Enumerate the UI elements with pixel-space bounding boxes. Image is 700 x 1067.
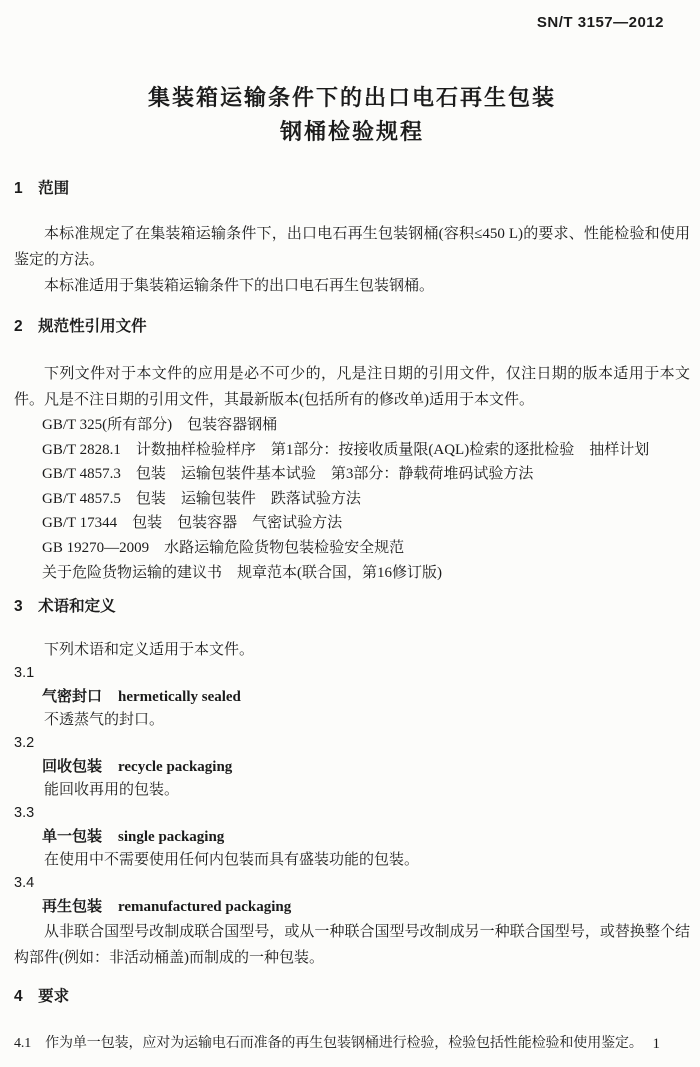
term-number: 3.4 bbox=[14, 872, 690, 895]
term-name-line: 回收包装recycle packaging bbox=[14, 755, 690, 779]
section-heading-terms-definitions: 3 术语和定义 bbox=[14, 597, 690, 617]
term-definition: 能回收再用的包装。 bbox=[14, 779, 690, 802]
section-heading-requirements: 4 要求 bbox=[14, 987, 690, 1007]
scope-paragraph-2: 本标准适用于集装箱运输条件下的出口电石再生包装钢桶。 bbox=[14, 273, 690, 299]
term-definition: 不透蒸气的封口。 bbox=[14, 709, 690, 732]
term-block: 3.4 再生包装remanufactured packaging 从非联合国型号… bbox=[14, 872, 690, 971]
reference-item: GB/T 2828.1 计数抽样检验样序 第1部分：按接收质量限(AQL)检索的… bbox=[14, 438, 690, 463]
term-name-zh: 回收包装 bbox=[42, 758, 102, 775]
term-number: 3.1 bbox=[14, 662, 690, 685]
term-name-zh: 再生包装 bbox=[42, 898, 102, 915]
term-name-line: 再生包装remanufactured packaging bbox=[14, 895, 690, 919]
document-page: SN/T 3157—2012 集装箱运输条件下的出口电石再生包装 钢桶检验规程 … bbox=[0, 0, 700, 1067]
term-number: 3.3 bbox=[14, 802, 690, 825]
document-title-line2: 钢桶检验规程 bbox=[14, 115, 690, 149]
term-definition: 在使用中不需要使用任何内包装而具有盛装功能的包装。 bbox=[14, 849, 690, 872]
term-name-line: 单一包装single packaging bbox=[14, 825, 690, 849]
term-block: 3.3 单一包装single packaging 在使用中不需要使用任何内包装而… bbox=[14, 802, 690, 872]
scope-paragraph-1: 本标准规定了在集装箱运输条件下，出口电石再生包装钢桶(容积≤450 L)的要求、… bbox=[14, 221, 690, 273]
reference-item: 关于危险货物运输的建议书 规章范本(联合国，第16修订版) bbox=[14, 561, 690, 586]
reference-item: GB/T 17344 包装 包装容器 气密试验方法 bbox=[14, 511, 690, 536]
term-name-zh: 气密封口 bbox=[42, 688, 102, 705]
term-block: 3.1 气密封口hermetically sealed 不透蒸气的封口。 bbox=[14, 662, 690, 732]
term-name-en: single packaging bbox=[118, 829, 224, 845]
section-heading-normative-references: 2 规范性引用文件 bbox=[14, 317, 690, 337]
page-number: 1 bbox=[653, 1036, 661, 1053]
term-definition: 从非联合国型号改制成联合国型号，或从一种联合国型号改制成另一种联合国型号，或替换… bbox=[14, 919, 690, 971]
normative-references-intro: 下列文件对于本文件的应用是必不可少的，凡是注日期的引用文件，仅注日期的版本适用于… bbox=[14, 361, 690, 413]
document-title-line1: 集装箱运输条件下的出口电石再生包装 bbox=[14, 81, 690, 115]
terms-intro: 下列术语和定义适用于本文件。 bbox=[14, 639, 690, 662]
term-name-en: hermetically sealed bbox=[118, 689, 241, 705]
reference-item: GB/T 4857.5 包装 运输包装件 跌落试验方法 bbox=[14, 487, 690, 512]
clause-4-1: 4.1 作为单一包装，应对为运输电石而准备的再生包装钢桶进行检验，检验包括性能检… bbox=[14, 1031, 690, 1057]
reference-item: GB/T 325(所有部分) 包装容器钢桶 bbox=[14, 413, 690, 438]
reference-list: GB/T 325(所有部分) 包装容器钢桶 GB/T 2828.1 计数抽样检验… bbox=[14, 413, 690, 585]
term-name-line: 气密封口hermetically sealed bbox=[14, 685, 690, 709]
term-name-en: remanufactured packaging bbox=[118, 899, 291, 915]
term-name-zh: 单一包装 bbox=[42, 828, 102, 845]
term-name-en: recycle packaging bbox=[118, 759, 232, 775]
reference-item: GB/T 4857.3 包装 运输包装件基本试验 第3部分：静载荷堆码试验方法 bbox=[14, 462, 690, 487]
section-heading-scope: 1 范围 bbox=[14, 179, 690, 199]
standard-number: SN/T 3157—2012 bbox=[14, 14, 690, 31]
document-title: 集装箱运输条件下的出口电石再生包装 钢桶检验规程 bbox=[14, 81, 690, 149]
reference-item: GB 19270—2009 水路运输危险货物包装检验安全规范 bbox=[14, 536, 690, 561]
term-number: 3.2 bbox=[14, 732, 690, 755]
term-block: 3.2 回收包装recycle packaging 能回收再用的包装。 bbox=[14, 732, 690, 802]
